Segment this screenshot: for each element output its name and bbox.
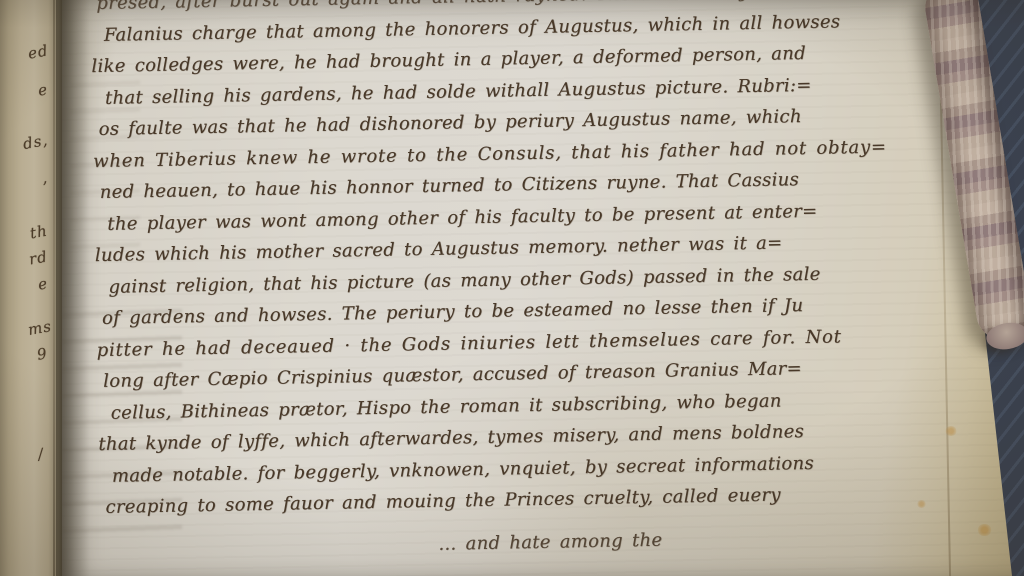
margin-fragment: e: [37, 81, 50, 98]
margin-fragment: ds,: [22, 132, 49, 152]
margin-fragment: ed: [26, 42, 49, 61]
margin-fragment: ,: [41, 170, 49, 187]
margin-fragment: rd: [28, 248, 49, 267]
margin-fragment: th: [29, 223, 49, 242]
facing-page-edge: ed e ds, , th rd e ms 9 /: [0, 0, 62, 576]
handwritten-text-block: presed, after burst out agam and all hat…: [96, 0, 986, 566]
manuscript-photo: ed e ds, , th rd e ms 9 / presed, after …: [0, 0, 1024, 576]
margin-fragment: /: [37, 446, 46, 463]
margin-fragment: 9: [36, 345, 49, 363]
margin-fragment: e: [37, 275, 50, 292]
margin-fragment: ms: [27, 318, 53, 338]
